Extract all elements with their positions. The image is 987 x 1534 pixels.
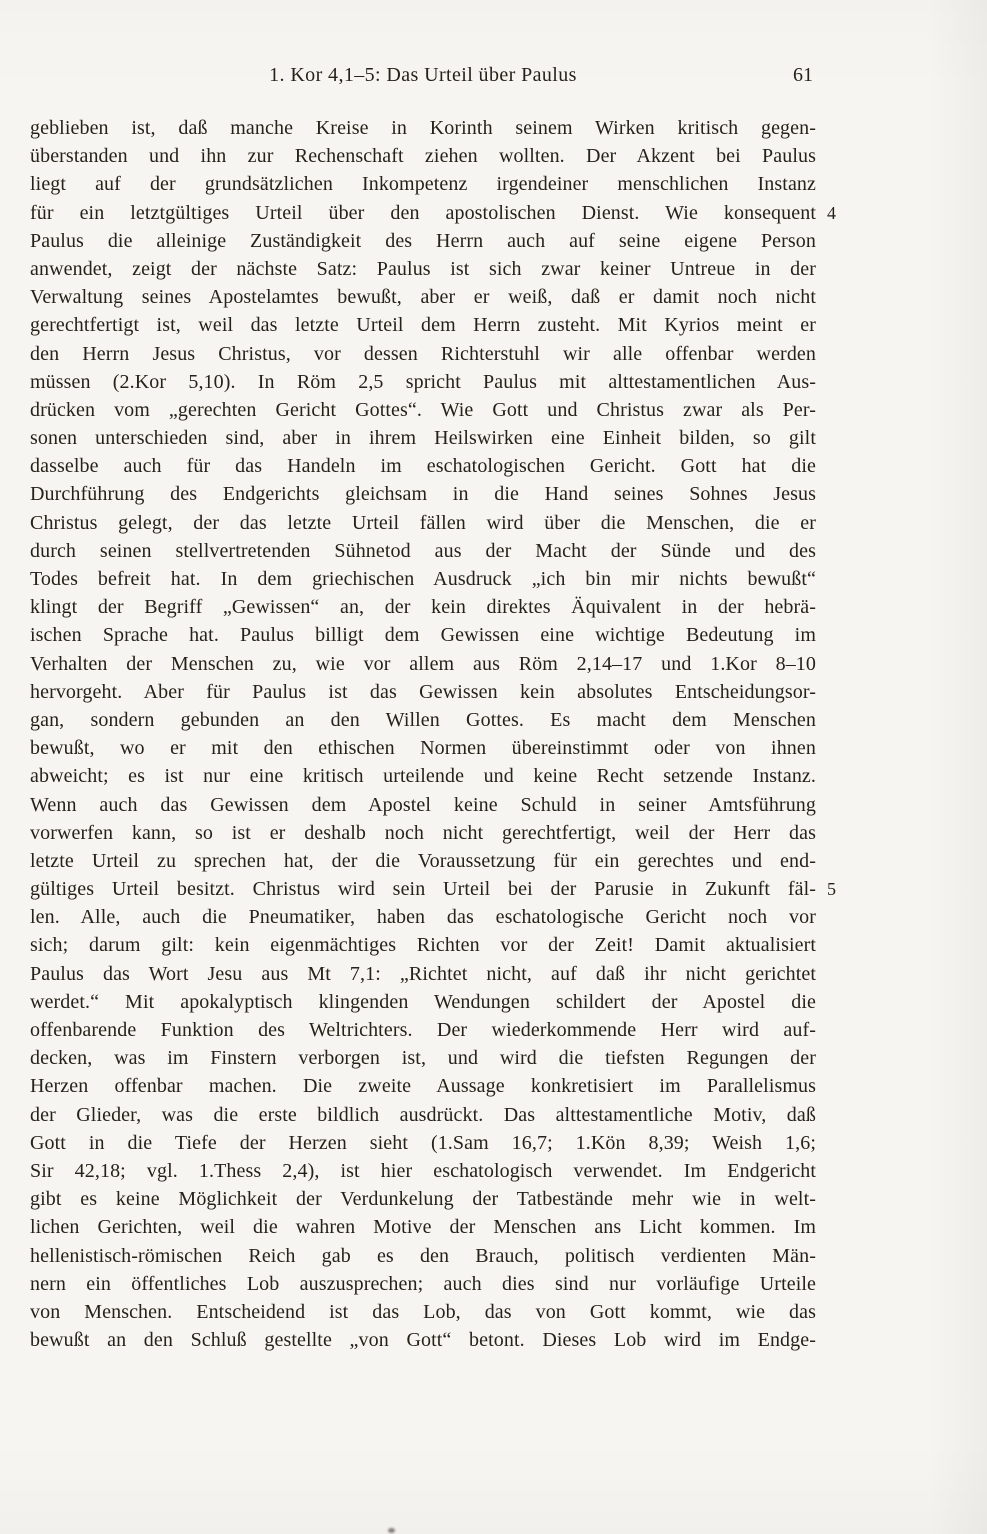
text-line: müssen (2.Kor 5,10). In Röm 2,5 spricht … [30,368,816,396]
text-line: Gott in die Tiefe der Herzen sieht (1.Sa… [30,1129,816,1157]
body-text: geblieben ist, daß manche Kreise in Kori… [30,114,816,1354]
text-line: Wenn auch das Gewissen dem Apostel keine… [30,791,816,819]
text-line: sich; darum gilt: kein eigenmächtiges Ri… [30,931,816,959]
text-line: gibt es keine Möglichkeit der Verdunkelu… [30,1185,816,1213]
page-number: 61 [793,62,813,88]
text-line: gültiges Urteil besitzt. Christus wird s… [30,875,816,903]
text-line: gerechtfertigt ist, weil das letzte Urte… [30,311,816,339]
text-line: Todes befreit hat. In dem griechischen A… [30,565,816,593]
book-page: 1. Kor 4,1–5: Das Urteil über Paulus 61 … [0,0,987,1534]
text-line: abweicht; es ist nur eine kritisch urtei… [30,762,816,790]
text-line: hervorgeht. Aber für Paulus ist das Gewi… [30,678,816,706]
text-line: letzte Urteil zu sprechen hat, der die V… [30,847,816,875]
text-line: durch seinen stellvertretenden Sühnetod … [30,537,816,565]
text-line: len. Alle, auch die Pneumatiker, haben d… [30,903,816,931]
running-title: 1. Kor 4,1–5: Das Urteil über Paulus [30,62,816,88]
text-line: den Herrn Jesus Christus, vor dessen Ric… [30,340,816,368]
page-header: 1. Kor 4,1–5: Das Urteil über Paulus 61 [30,62,816,88]
text-line: vorwerfen kann, so ist er deshalb noch n… [30,819,816,847]
text-line: Durchführung des Endgerichts gleichsam i… [30,480,816,508]
text-line: liegt auf der grundsätzlichen Inkompeten… [30,170,816,198]
text-line: offenbarende Funktion des Weltrichters. … [30,1016,816,1044]
text-line: für ein letztgültiges Urteil über den ap… [30,199,816,227]
text-column: 1. Kor 4,1–5: Das Urteil über Paulus 61 … [30,0,816,1534]
text-line: ischen Sprache hat. Paulus billigt dem G… [30,621,816,649]
text-line: Verwaltung seines Apostelamtes bewußt, a… [30,283,816,311]
section-number: 5 [827,875,836,903]
text-line: gan, sondern gebunden an den Willen Gott… [30,706,816,734]
text-line: lichen Gerichten, weil die wahren Motive… [30,1213,816,1241]
text-line: Christus gelegt, der das letzte Urteil f… [30,509,816,537]
text-line: Verhalten der Menschen zu, wie vor allem… [30,650,816,678]
text-line: bewußt an den Schluß gestellte „von Gott… [30,1326,816,1354]
text-line: Herzen offenbar machen. Die zweite Aussa… [30,1072,816,1100]
text-line: von Menschen. Entscheidend ist das Lob, … [30,1298,816,1326]
text-line: hellenistisch-römischen Reich gab es den… [30,1242,816,1270]
text-line: Paulus die alleinige Zuständigkeit des H… [30,227,816,255]
section-number: 4 [827,199,836,227]
text-line: geblieben ist, daß manche Kreise in Kori… [30,114,816,142]
text-line: nern ein öffentliches Lob auszusprechen;… [30,1270,816,1298]
text-line: dasselbe auch für das Handeln im eschato… [30,452,816,480]
text-line: decken, was im Finstern verborgen ist, u… [30,1044,816,1072]
text-line: sonen unterschieden sind, aber in ihrem … [30,424,816,452]
text-line: klingt der Begriff „Gewissen“ an, der ke… [30,593,816,621]
text-line: drücken vom „gerechten Gericht Gottes“. … [30,396,816,424]
text-line: der Glieder, was die erste bildlich ausd… [30,1101,816,1129]
text-line: Sir 42,18; vgl. 1.Thess 2,4), ist hier e… [30,1157,816,1185]
scan-artifact [388,1528,395,1533]
text-line: überstanden und ihn zur Rechenschaft zie… [30,142,816,170]
text-line: bewußt, wo er mit den ethischen Normen ü… [30,734,816,762]
text-line: anwendet, zeigt der nächste Satz: Paulus… [30,255,816,283]
text-line: Paulus das Wort Jesu aus Mt 7,1: „Richte… [30,960,816,988]
text-line: werdet.“ Mit apokalyptisch klingenden We… [30,988,816,1016]
